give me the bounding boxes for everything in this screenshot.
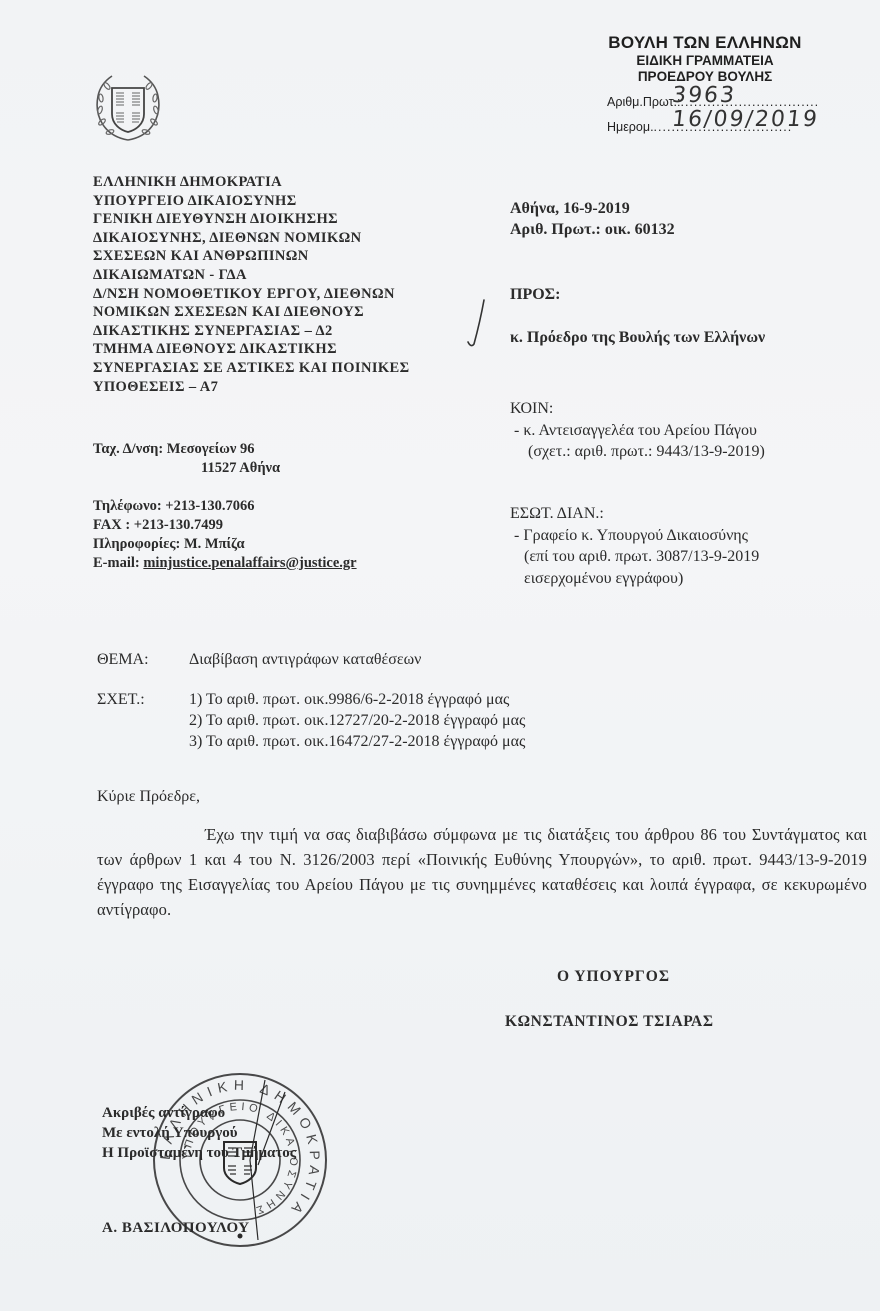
sender-line: Δ/ΝΣΗ ΝΟΜΟΘΕΤΙΚΟΥ ΕΡΓΟΥ, ΔΙΕΘΝΩΝ bbox=[93, 285, 410, 304]
sender-line: ΔΙΚΑΙΟΣΥΝΗΣ, ΔΙΕΘΝΩΝ ΝΟΜΙΚΩΝ bbox=[93, 229, 410, 248]
sender-line: ΔΙΚΑΙΩΜΑΤΩΝ - ΓΔΑ bbox=[93, 266, 410, 285]
reference-item: 3) Το αριθ. πρωτ. οικ.16472/27-2-2018 έγ… bbox=[189, 731, 525, 752]
address-city: 11527 Αθήνα bbox=[93, 459, 280, 478]
subject-text: Διαβίβαση αντιγράφων καταθέσεων bbox=[189, 651, 421, 668]
sender-line: ΔΙΚΑΣΤΙΚΗΣ ΣΥΝΕΡΓΑΣΙΑΣ – Δ2 bbox=[93, 322, 410, 341]
parliament-secretariat: ΕΙΔΙΚΗ ΓΡΑΜΜΑΤΕΙΑ bbox=[595, 53, 815, 69]
sender-line: ΥΠΟΘΕΣΕΙΣ – Α7 bbox=[93, 378, 410, 397]
email-link[interactable]: minjustice.penalaffairs@justice.gr bbox=[143, 555, 356, 571]
parliament-receipt-stamp: ΒΟΥΛΗ ΤΩΝ ΕΛΛΗΝΩΝ ΕΙΔΙΚΗ ΓΡΑΜΜΑΤΕΙΑ ΠΡΟΕ… bbox=[595, 33, 815, 85]
address-street: Ταχ. Δ/νση: Μεσογείων 96 bbox=[93, 440, 280, 459]
email-row: E-mail: minjustice.penalaffairs@justice.… bbox=[93, 554, 357, 573]
greeting: Κύριε Πρόεδρε, bbox=[97, 788, 200, 806]
internal-label: ΕΣΩΤ. ΔΙΑΝ.: bbox=[510, 503, 759, 525]
internal-reference-cont: εισερχομένου εγγράφου) bbox=[510, 568, 759, 590]
sender-line: ΓΕΝΙΚΗ ΔΙΕΥΘΥΝΣΗ ΔΙΟΙΚΗΣΗΣ bbox=[93, 210, 410, 229]
to-recipient: κ. Πρόεδρο της Βουλής των Ελλήνων bbox=[510, 329, 765, 347]
references-label: ΣΧΕΤ.: bbox=[97, 689, 189, 710]
sender-line: ΣΥΝΕΡΓΑΣΙΑΣ ΣΕ ΑΣΤΙΚΕΣ ΚΑΙ ΠΟΙΝΙΚΕΣ bbox=[93, 359, 410, 378]
document-meta: Αθήνα, 16-9-2019 Αριθ. Πρωτ.: οικ. 60132 bbox=[510, 198, 675, 240]
subject-row: ΘΕΜΑ:Διαβίβαση αντιγράφων καταθέσεων bbox=[97, 651, 421, 669]
parliament-date-value: 16/09/2019 bbox=[671, 107, 820, 132]
signatory-title: Ο ΥΠΟΥΡΓΟΣ bbox=[557, 968, 670, 986]
parliament-date-label: Ημερομ. bbox=[607, 120, 654, 134]
cc-reference: (σχετ.: αριθ. πρωτ.: 9443/13-9-2019) bbox=[510, 441, 765, 463]
cc-block: ΚΟΙΝ: - κ. Αντεισαγγελέα του Αρείου Πάγο… bbox=[510, 398, 765, 463]
info-contact: Πληροφορίες: Μ. Μπίζα bbox=[93, 535, 357, 554]
references-list: 1) Το αριθ. πρωτ. οικ.9986/6-2-2018 έγγρ… bbox=[189, 689, 525, 752]
references-row: ΣΧΕΤ.: 1) Το αριθ. πρωτ. οικ.9986/6-2-20… bbox=[97, 689, 189, 710]
letter-body: Έχω την τιμή να σας διαβιβάσω σύμφωνα με… bbox=[97, 822, 867, 922]
cc-label: ΚΟΙΝ: bbox=[510, 398, 765, 420]
parliament-protocol-label: Αριθμ.Πρωτ.: bbox=[607, 95, 680, 109]
handwritten-check-icon bbox=[462, 292, 492, 352]
postal-address: Ταχ. Δ/νση: Μεσογείων 96 11527 Αθήνα bbox=[93, 440, 280, 477]
contact-info: Τηλέφωνο: +213-130.7066 FAX : +213-130.7… bbox=[93, 497, 357, 573]
sender-line: ΤΜΗΜΑ ΔΙΕΘΝΟΥΣ ΔΙΚΑΣΤΙΚΗΣ bbox=[93, 340, 410, 359]
subject-label: ΘΕΜΑ: bbox=[97, 651, 189, 669]
parliament-protocol-number: 3963 bbox=[671, 83, 738, 108]
fax: FAX : +213-130.7499 bbox=[93, 516, 357, 535]
sender-line: ΥΠΟΥΡΓΕΙΟ ΔΙΚΑΙΟΣΥΝΗΣ bbox=[93, 192, 410, 211]
sender-header: ΕΛΛΗΝΙΚΗ ΔΗΜΟΚΡΑΤΙΑ ΥΠΟΥΡΓΕΙΟ ΔΙΚΑΙΟΣΥΝΗ… bbox=[93, 173, 410, 396]
place-date: Αθήνα, 16-9-2019 bbox=[510, 198, 675, 219]
sender-line: ΣΧΕΣΕΩΝ ΚΑΙ ΑΝΘΡΩΠΙΝΩΝ bbox=[93, 247, 410, 266]
to-label: ΠΡΟΣ: bbox=[510, 286, 560, 304]
internal-recipient: - Γραφείο κ. Υπουργού Δικαιοσύνης bbox=[510, 525, 759, 547]
phone: Τηλέφωνο: +213-130.7066 bbox=[93, 497, 357, 516]
parliament-name: ΒΟΥΛΗ ΤΩΝ ΕΛΛΗΝΩΝ bbox=[595, 33, 815, 53]
greek-coat-of-arms-icon bbox=[90, 70, 166, 146]
official-seal-icon: ΕΛΛΗΝΙΚΗ ΔΗΜΟΚΡΑΤΙΑ ΥΠΟΥΡΓΕΙΟ ΔΙΚΑΙΟΣΥΝΗ… bbox=[150, 1070, 330, 1250]
signatory-name: ΚΩΝΣΤΑΝΤΙΝΟΣ ΤΣΙΑΡΑΣ bbox=[505, 1013, 714, 1031]
reference-item: 1) Το αριθ. πρωτ. οικ.9986/6-2-2018 έγγρ… bbox=[189, 689, 525, 710]
internal-distribution-block: ΕΣΩΤ. ΔΙΑΝ.: - Γραφείο κ. Υπουργού Δικαι… bbox=[510, 503, 759, 589]
sender-line: ΕΛΛΗΝΙΚΗ ΔΗΜΟΚΡΑΤΙΑ bbox=[93, 173, 410, 192]
cc-recipient: - κ. Αντεισαγγελέα του Αρείου Πάγου bbox=[510, 420, 765, 442]
email-label: E-mail: bbox=[93, 555, 143, 571]
reference-item: 2) Το αριθ. πρωτ. οικ.12727/20-2-2018 έγ… bbox=[189, 710, 525, 731]
sender-line: ΝΟΜΙΚΩΝ ΣΧΕΣΕΩΝ ΚΑΙ ΔΙΕΘΝΟΥΣ bbox=[93, 303, 410, 322]
internal-reference: (επί του αριθ. πρωτ. 3087/13-9-2019 bbox=[510, 546, 759, 568]
protocol-number: Αριθ. Πρωτ.: οικ. 60132 bbox=[510, 219, 675, 240]
